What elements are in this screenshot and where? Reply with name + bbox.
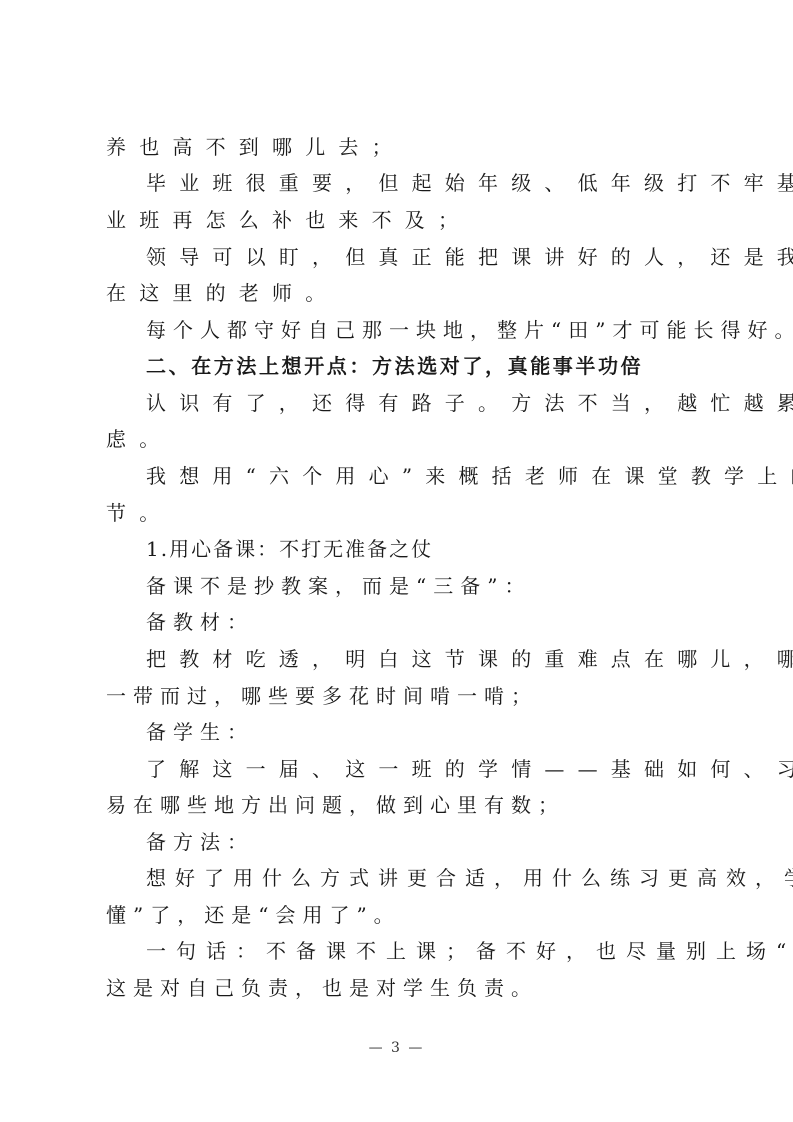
paragraph-line: 易在哪些地方出问题，做到心里有数； [106,787,706,823]
paragraph-line: 懂”了，还是“会用了”。 [106,897,706,933]
document-page: 养也高不到哪儿去； 毕业班很重要，但起始年级、低年级打不牢基础，到了毕 业班再怎… [0,0,793,1122]
section-heading: 二、在方法上想开点：方法选对了，真能事半功倍 [146,348,746,384]
paragraph-line: 每个人都守好自己那一块地，整片“田”才可能长得好。 [146,312,746,348]
paragraph-line: 领导可以盯，但真正能把课讲好的人，还是我们每一个坐 [146,239,746,275]
page-number: — 3 — [0,1040,793,1056]
paragraph-line: 养也高不到哪儿去； [106,129,706,165]
paragraph-line: 我想用“六个用心”来概括老师在课堂教学上的几个关键环 [146,458,746,494]
subsection-heading: 1.用心备课：不打无准备之仗 [146,531,746,567]
paragraph-line: 了解这一届、这一班的学情——基础如何、习惯怎样、容 [146,751,746,787]
paragraph-line: 虑。 [106,421,706,457]
paragraph-line: 备方法： [146,824,746,860]
paragraph-line: 一带而过，哪些要多花时间啃一啃； [106,678,706,714]
paragraph-line: 备课不是抄教案，而是“三备”： [146,568,746,604]
paragraph-line: 这是对自己负责，也是对学生负责。 [106,970,706,1006]
paragraph-line: 一句话：不备课不上课；备不好，也尽量别上场“撞运气”。 [146,933,746,969]
paragraph-line: 备学生： [146,714,746,750]
paragraph-line: 业班再怎么补也来不及； [106,202,706,238]
paragraph-line: 认识有了，还得有路子。方法不当，越忙越累，越累越焦 [146,385,746,421]
paragraph-line: 想好了用什么方式讲更合适，用什么练习更高效，学生是“听 [146,860,746,896]
paragraph-line: 毕业班很重要，但起始年级、低年级打不牢基础，到了毕 [146,165,746,201]
paragraph-line: 节。 [106,495,706,531]
paragraph-line: 在这里的老师。 [106,275,706,311]
paragraph-line: 备教材： [146,604,746,640]
paragraph-line: 把教材吃透，明白这节课的重难点在哪儿，哪些内容可以 [146,641,746,677]
